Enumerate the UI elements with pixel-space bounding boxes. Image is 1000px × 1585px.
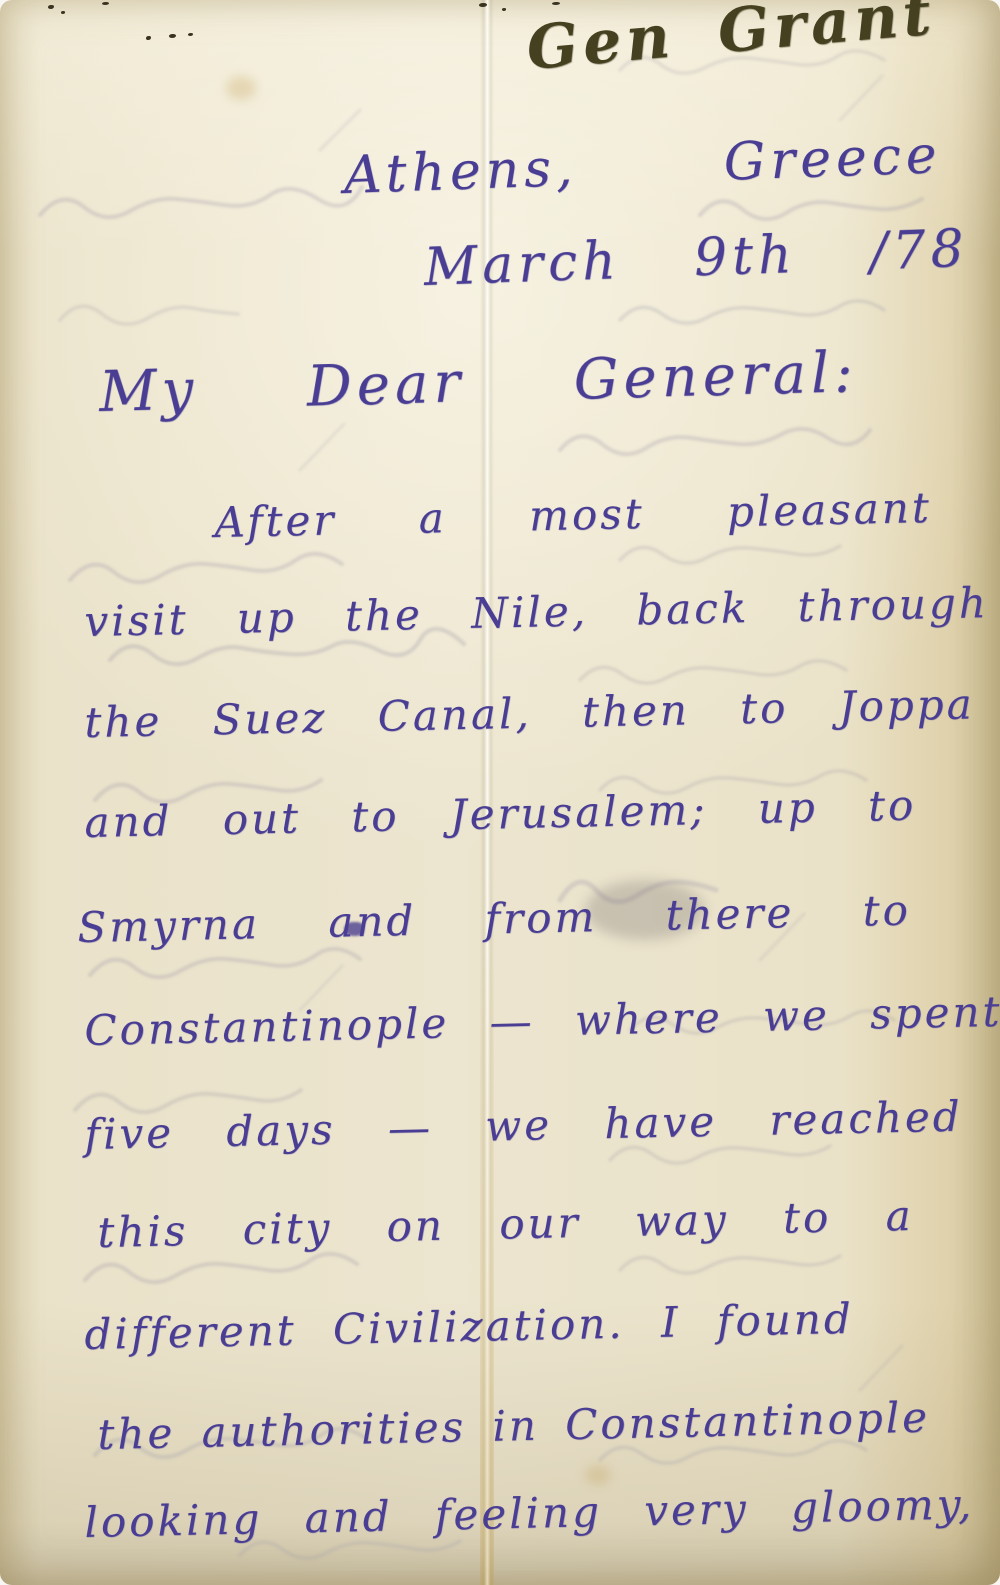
letter-photograph: Gen Grant Athens, Greece March 9th /78 M… (0, 0, 1000, 1585)
letter-page: Gen Grant Athens, Greece March 9th /78 M… (0, 0, 1000, 1585)
